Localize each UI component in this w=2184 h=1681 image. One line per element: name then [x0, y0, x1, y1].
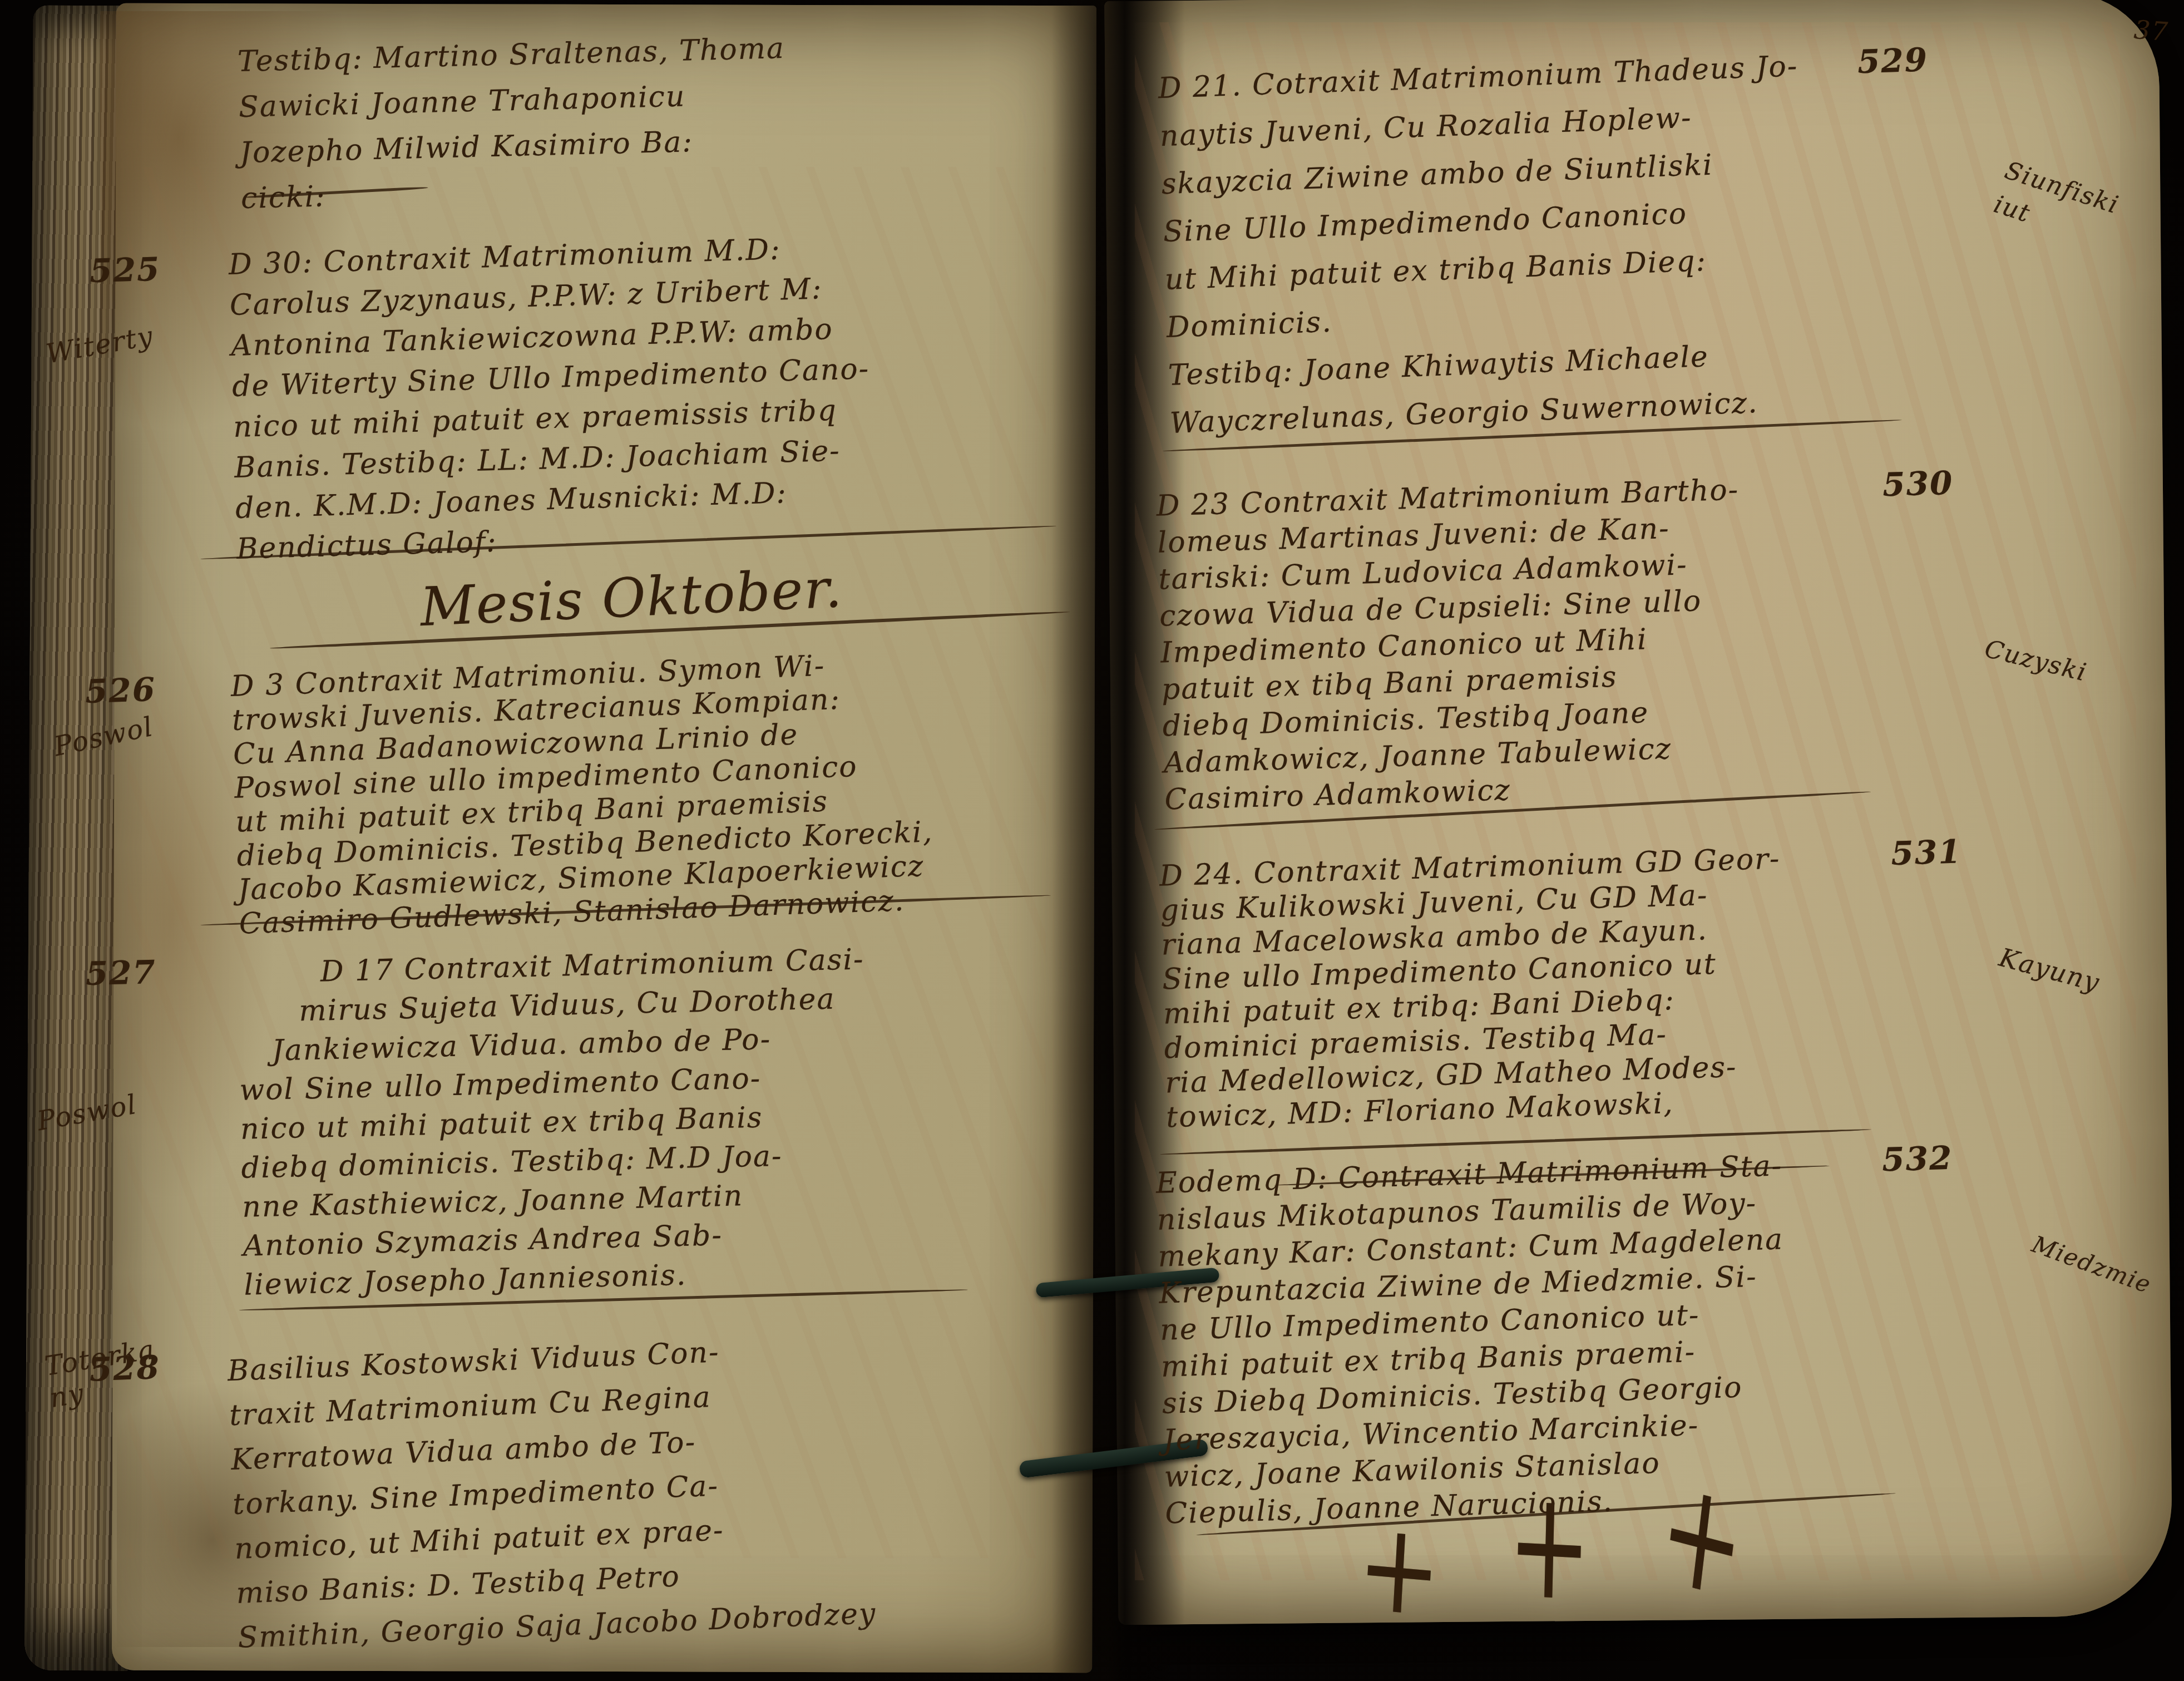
margin-place-note: Miedzmie: [2028, 1230, 2155, 1299]
margin-place-note: Cuzyski: [1982, 634, 2090, 687]
register-entry-528: 528Basilius Kostowski Viduus Con-traxit …: [227, 1324, 877, 1660]
page-number: 37: [2133, 14, 2170, 47]
cross-mark: +: [1505, 1457, 1594, 1635]
entry-number: 530: [1882, 465, 1954, 504]
margin-place-note: Siunfiski iut: [1989, 153, 2170, 272]
entry-number: 526: [85, 673, 156, 709]
continuation-entry-text: Testibq: Martino Sraltenas, ThomaSawicki…: [237, 26, 789, 221]
entry-number: 531: [1891, 834, 1963, 871]
register-entry-527: 527D 17 Contraxit Matrimonium Casi-mirus…: [236, 940, 872, 1304]
margin-place-note: Poswol: [35, 1089, 140, 1137]
margin-place-note: Kayuny: [1996, 942, 2103, 998]
register-entry-529: 529D 21. Cotraxit Matrimonium Thadeus Jo…: [1157, 42, 1810, 447]
entry-number: 525: [89, 249, 161, 292]
margin-place-note: Poswol: [51, 711, 156, 762]
margin-place-note: Witerty: [44, 321, 156, 370]
margin-place-note: Totorka ny: [42, 1330, 184, 1414]
cross-mark: +: [1353, 1493, 1446, 1646]
register-entry-531: 531D 24. Contraxit Matrimonium GD Geor-g…: [1159, 842, 1787, 1135]
entry-number: 532: [1881, 1140, 1953, 1179]
register-entry-530: 530D 23 Contraxit Matrimonium Bartho-lom…: [1156, 471, 1748, 818]
month-heading: Mesis Oktober.: [419, 557, 844, 638]
footer-cross-marks: +++: [1357, 1511, 1741, 1628]
entry-number: 529: [1856, 36, 1929, 86]
register-entry-526: 526D 3 Contraxit Matrimoniu. Symon Wi-tr…: [230, 645, 936, 941]
register-entry-525: 525D 30: Contraxit Matrimonium M.D:Carol…: [228, 227, 874, 570]
manuscript-photo: Mesis Oktober. 37 Testibq: Martino Sralt…: [0, 0, 2184, 1681]
handwriting-layer: Mesis Oktober. 37 Testibq: Martino Sralt…: [0, 0, 2184, 1681]
entry-number: 527: [85, 953, 157, 993]
